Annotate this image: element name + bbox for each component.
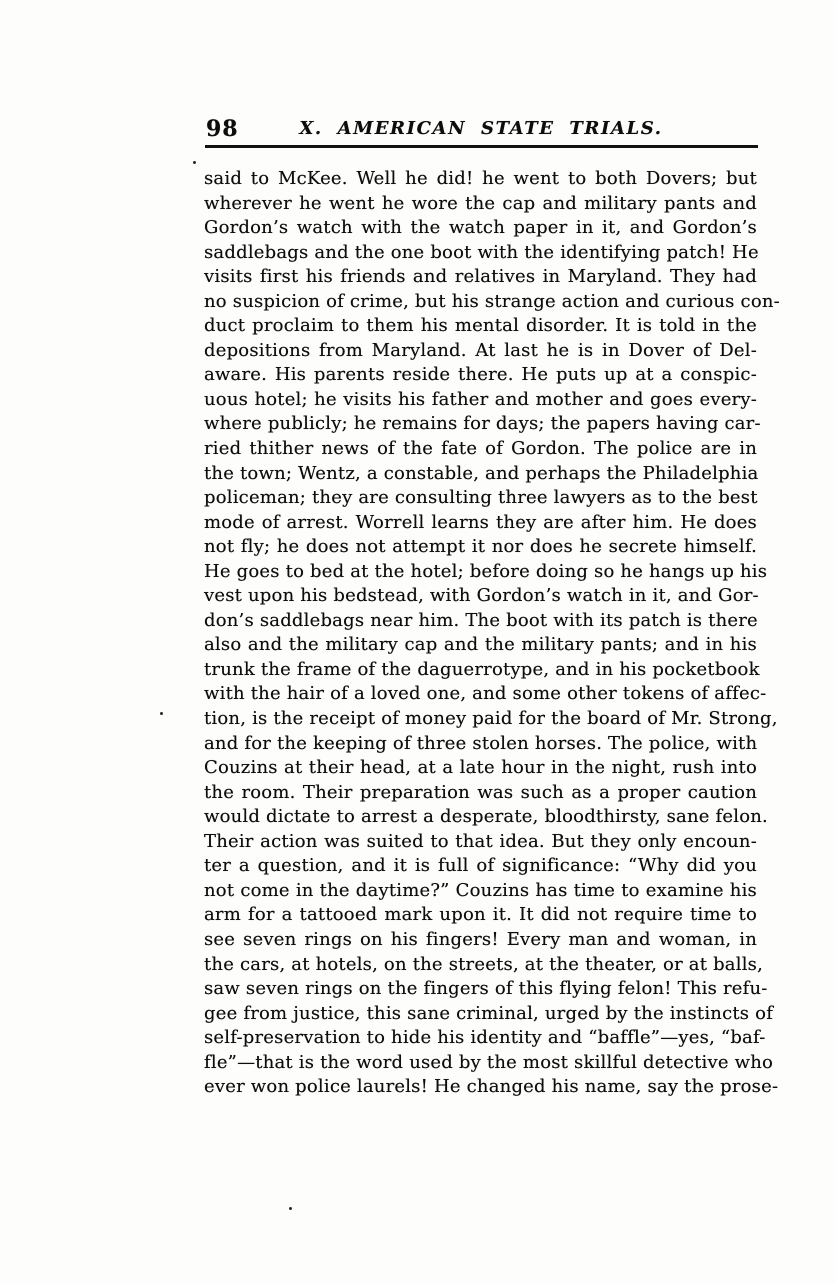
text-line: trunk the frame of the daguerrotype, and… — [204, 658, 757, 683]
text-line: with the hair of a loved one, and some o… — [204, 682, 757, 707]
text-line: duct proclaim to them his mental disorde… — [204, 314, 757, 339]
text-line: the room. Their preparation was such as … — [204, 781, 757, 806]
text-line: the town; Wentz, a constable, and perhap… — [204, 462, 757, 487]
text-line: no suspicion of crime, but his strange a… — [204, 290, 757, 315]
ink-speck — [193, 161, 196, 164]
text-line: He goes to bed at the hotel; before doin… — [204, 560, 757, 585]
text-line: mode of arrest. Worrell learns they are … — [204, 511, 757, 536]
text-line: ried thither news of the fate of Gordon.… — [204, 437, 757, 462]
text-line: uous hotel; he visits his father and mot… — [204, 388, 757, 413]
text-line: Their action was suited to that idea. Bu… — [204, 830, 757, 855]
text-line: ter a question, and it is full of signif… — [204, 854, 757, 879]
text-line: where publicly; he remains for days; the… — [204, 412, 757, 437]
text-line: aware. His parents reside there. He puts… — [204, 363, 757, 388]
text-line: depositions from Maryland. At last he is… — [204, 339, 757, 364]
page-number: 98 — [206, 116, 239, 142]
text-line: Gordon’s watch with the watch paper in i… — [204, 216, 757, 241]
text-line: fle”—that is the word used by the most s… — [204, 1051, 757, 1076]
text-line: Couzins at their head, at a late hour in… — [204, 756, 757, 781]
text-line: and for the keeping of three stolen hors… — [204, 732, 757, 757]
text-line: visits first his friends and relatives i… — [204, 265, 757, 290]
text-line: wherever he went he wore the cap and mil… — [204, 192, 757, 217]
header-rule — [205, 145, 758, 148]
text-line: don’s saddlebags near him. The boot with… — [204, 609, 757, 634]
text-line: tion, is the receipt of money paid for t… — [204, 707, 757, 732]
body-text: said to McKee. Well he did! he went to b… — [204, 167, 757, 1100]
text-line: not come in the daytime?” Couzins has ti… — [204, 879, 757, 904]
text-line: saw seven rings on the fingers of this f… — [204, 977, 757, 1002]
text-line: the cars, at hotels, on the streets, at … — [204, 953, 757, 978]
text-line: vest upon his bedstead, with Gordon’s wa… — [204, 584, 757, 609]
text-line: would dictate to arrest a desperate, blo… — [204, 805, 757, 830]
ink-speck — [160, 712, 163, 715]
text-line: not fly; he does not attempt it nor does… — [204, 535, 757, 560]
text-line: also and the military cap and the milita… — [204, 633, 757, 658]
text-line: arm for a tattooed mark upon it. It did … — [204, 903, 757, 928]
text-line: ever won police laurels! He changed his … — [204, 1075, 757, 1100]
text-line: self-preservation to hide his identity a… — [204, 1026, 757, 1051]
text-line: saddlebags and the one boot with the ide… — [204, 241, 757, 266]
running-title: X. AMERICAN STATE TRIALS. — [204, 116, 758, 139]
page-header: 98 X. AMERICAN STATE TRIALS. — [204, 116, 758, 144]
ink-speck — [289, 1207, 292, 1210]
book-page: 98 X. AMERICAN STATE TRIALS. said to McK… — [0, 0, 836, 1284]
text-line: said to McKee. Well he did! he went to b… — [204, 167, 757, 192]
text-line: policeman; they are consulting three law… — [204, 486, 757, 511]
text-line: gee from justice, this sane criminal, ur… — [204, 1002, 757, 1027]
text-line: see seven rings on his fingers! Every ma… — [204, 928, 757, 953]
